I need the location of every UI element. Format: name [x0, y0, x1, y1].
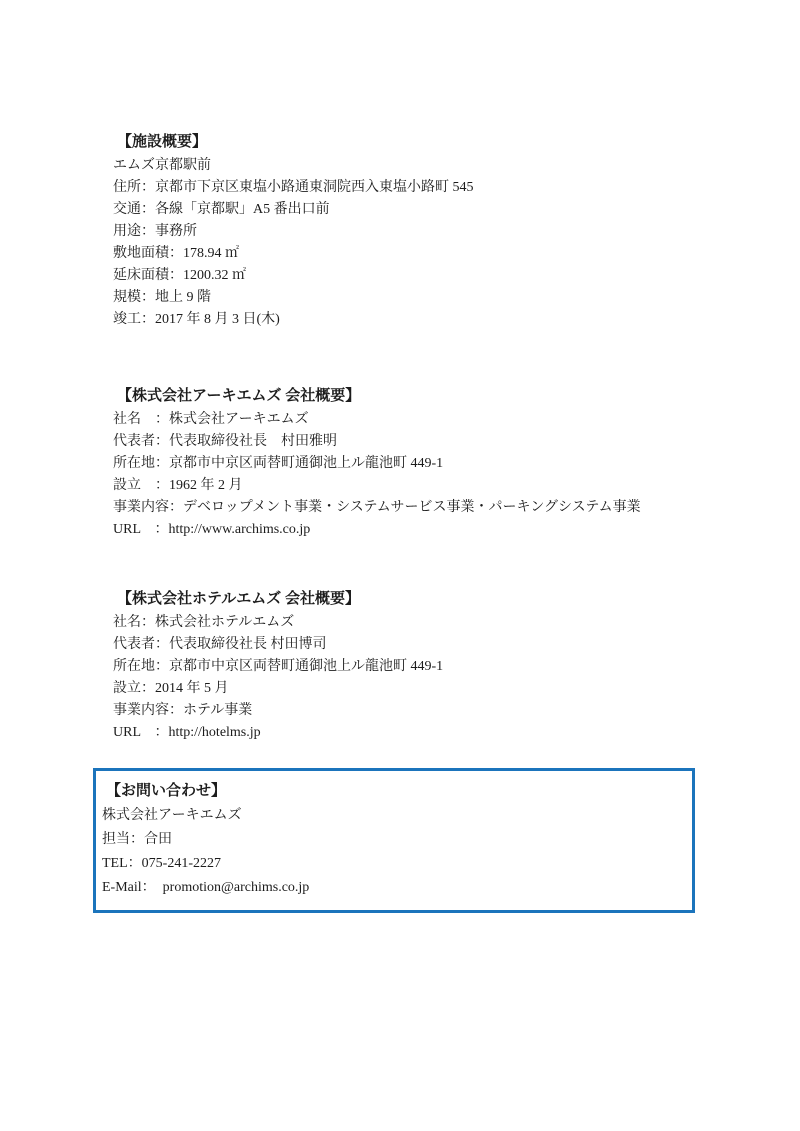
contact-person-line: 担当：合田 [102, 828, 682, 852]
facility-usage-line: 用途：事務所 [113, 221, 733, 243]
document-content: 【施設概要】 エムズ京都駅前 住所：京都市下京区東塩小路通東洞院西入東塩小路町 … [93, 131, 733, 913]
facility-name-line: エムズ京都駅前 [113, 155, 733, 177]
facility-floor-area-line: 延床面積：1200.32 ㎡ [113, 265, 733, 287]
facility-overview-heading: 【施設概要】 [117, 131, 733, 153]
facility-site-area-line: 敷地面積：178.94 ㎡ [113, 243, 733, 265]
archims-name-line: 社名 ：株式会社アーキエムズ [113, 409, 733, 431]
hotelms-url-line: URL ：http://hotelms.jp [113, 722, 733, 744]
archims-location-line: 所在地：京都市中京区両替町通御池上ル龍池町 449-1 [113, 453, 733, 475]
archims-url-line: URL ：http://www.archims.co.jp [113, 519, 733, 541]
hotelms-name-line: 社名：株式会社ホテルエムズ [113, 612, 733, 634]
archims-company-heading: 【株式会社アーキエムズ 会社概要】 [117, 385, 733, 407]
archims-business-line: 事業内容：デベロップメント事業・システムサービス事業・パーキングシステム事業 [113, 497, 733, 519]
facility-completion-line: 竣工：2017 年 8 月 3 日(木) [113, 309, 733, 331]
archims-representative-line: 代表者：代表取締役社長 村田雅明 [113, 431, 733, 453]
hotelms-founded-line: 設立：2014 年 5 月 [113, 678, 733, 700]
hotelms-business-line: 事業内容：ホテル事業 [113, 700, 733, 722]
facility-overview-section: 【施設概要】 エムズ京都駅前 住所：京都市下京区東塩小路通東洞院西入東塩小路町 … [113, 131, 733, 331]
facility-access-line: 交通：各線「京都駅」A5 番出口前 [113, 199, 733, 221]
archims-founded-line: 設立 ：1962 年 2 月 [113, 475, 733, 497]
hotelms-company-section: 【株式会社ホテルエムズ 会社概要】 社名：株式会社ホテルエムズ 代表者：代表取締… [113, 588, 733, 744]
contact-email-line: E-Mail： promotion@archims.co.jp [102, 876, 682, 900]
contact-heading: 【お問い合わせ】 [106, 780, 682, 802]
hotelms-location-line: 所在地：京都市中京区両替町通御池上ル龍池町 449-1 [113, 656, 733, 678]
hotelms-representative-line: 代表者：代表取締役社長 村田博司 [113, 634, 733, 656]
contact-tel-line: TEL：075-241-2227 [102, 852, 682, 876]
hotelms-company-heading: 【株式会社ホテルエムズ 会社概要】 [117, 588, 733, 610]
facility-address-line: 住所：京都市下京区東塩小路通東洞院西入東塩小路町 545 [113, 177, 733, 199]
contact-company-line: 株式会社アーキエムズ [102, 804, 682, 828]
document-page: 【施設概要】 エムズ京都駅前 住所：京都市下京区東塩小路通東洞院西入東塩小路町 … [0, 0, 800, 1131]
contact-box: 【お問い合わせ】 株式会社アーキエムズ 担当：合田 TEL：075-241-22… [93, 768, 695, 913]
archims-company-section: 【株式会社アーキエムズ 会社概要】 社名 ：株式会社アーキエムズ 代表者：代表取… [113, 385, 733, 541]
facility-scale-line: 規模：地上 9 階 [113, 287, 733, 309]
